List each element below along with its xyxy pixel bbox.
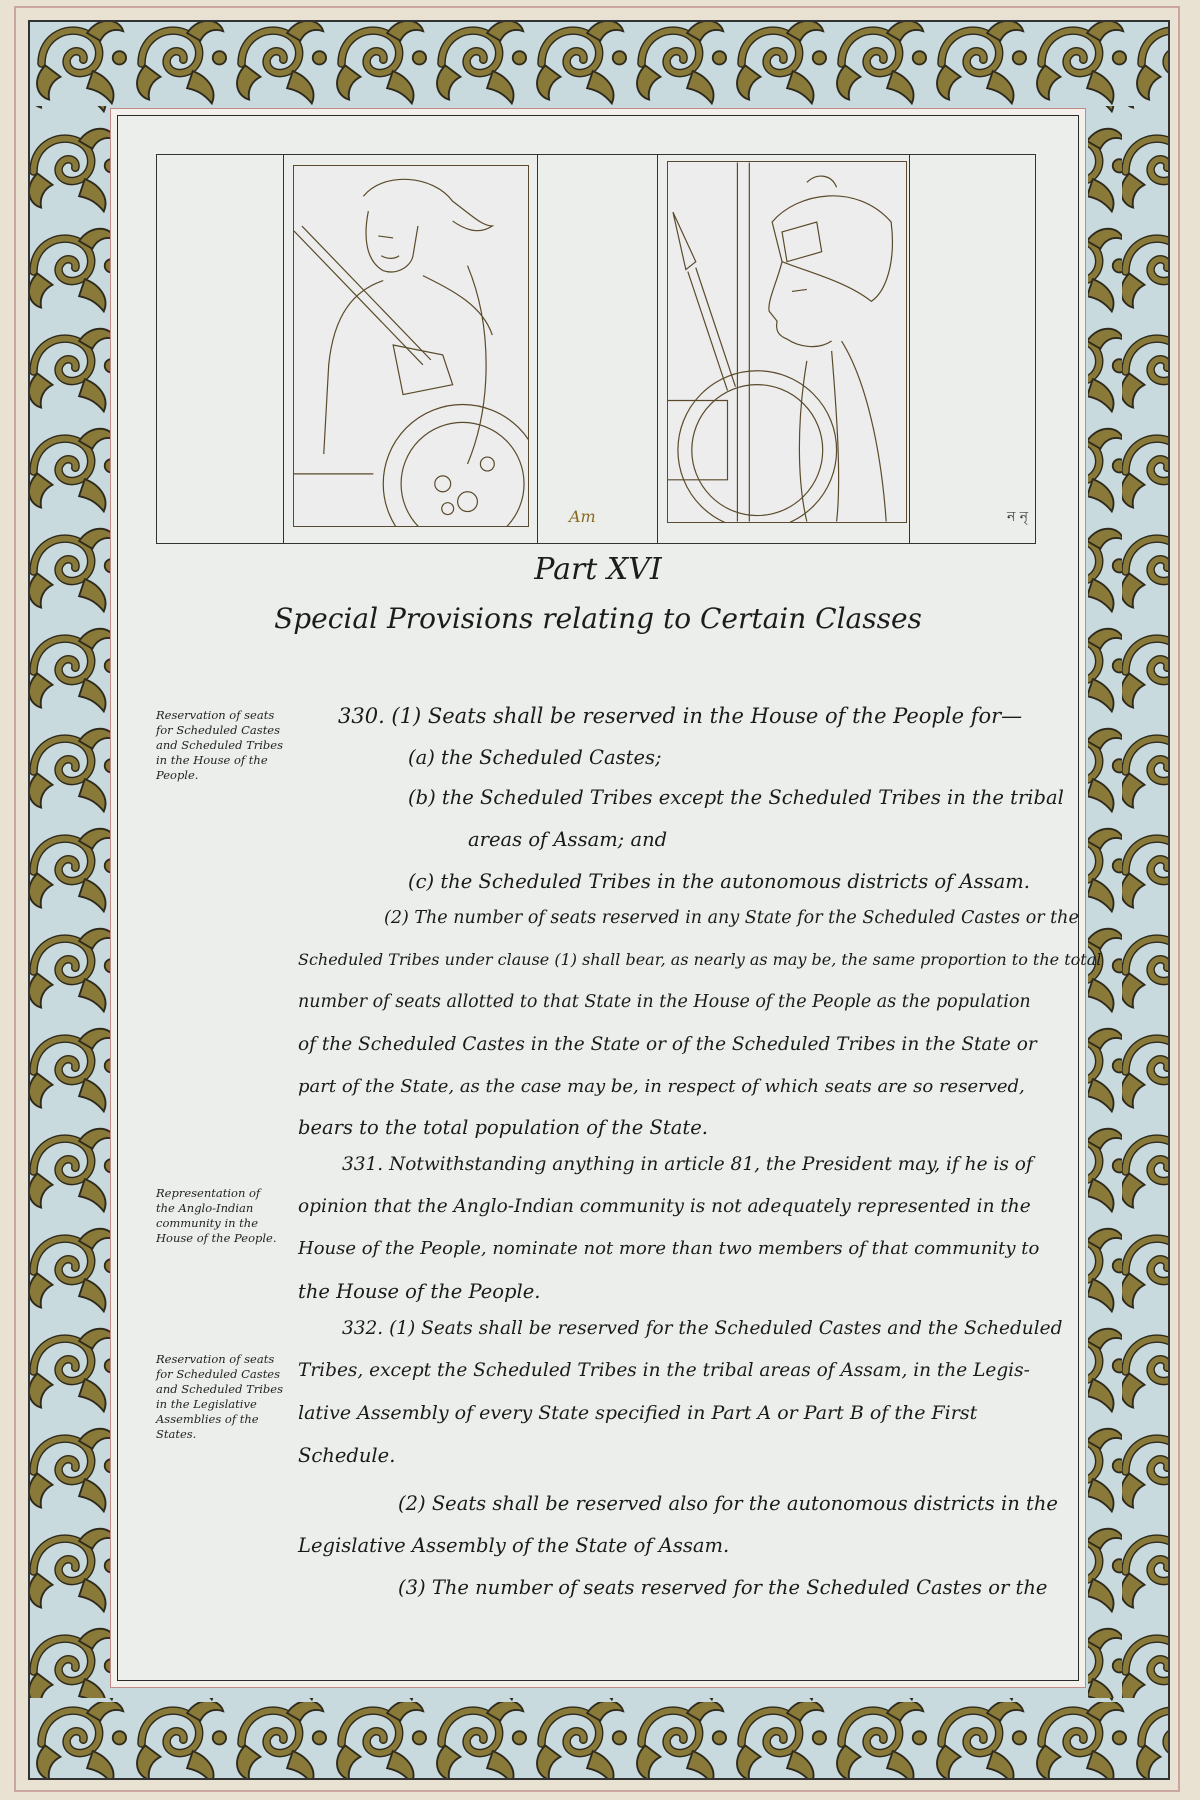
- warrior-queen-icon: [294, 166, 528, 526]
- body-line: opinion that the Anglo-Indian community …: [298, 1196, 1031, 1217]
- margin-note-line: for Scheduled Castes: [156, 1367, 286, 1382]
- body-line: the House of the People.: [298, 1280, 540, 1303]
- part-heading: Part XVI: [118, 552, 1078, 587]
- body-line: Schedule.: [298, 1444, 395, 1467]
- panel-divider: [537, 155, 538, 543]
- right-portrait-ruler: [667, 161, 907, 523]
- margin-note-article-331: Representation of the Anglo-Indian commu…: [156, 1186, 286, 1246]
- panel-divider: [657, 155, 658, 543]
- text-frame: Am ন নৃ Part XVI Special Provisions rela…: [110, 108, 1086, 1688]
- article-332-clause-3: (3) The number of seats reserved for the…: [398, 1576, 1047, 1599]
- body-line: Legislative Assembly of the State of Ass…: [298, 1534, 729, 1557]
- margin-note-line: community in the: [156, 1216, 286, 1231]
- article-332-clause-2: (2) Seats shall be reserved also for the…: [398, 1492, 1058, 1515]
- article-330-clause-2: (2) The number of seats reserved in any …: [384, 908, 1079, 928]
- body-line: Tribes, except the Scheduled Tribes in t…: [298, 1360, 1030, 1381]
- margin-note-line: Assemblies of the: [156, 1412, 286, 1427]
- artist-signature-left: Am: [569, 507, 596, 526]
- article-330-item-b: (b) the Scheduled Tribes except the Sche…: [408, 786, 1064, 809]
- body-line: part of the State, as the case may be, i…: [298, 1076, 1025, 1097]
- body-line: bears to the total population of the Sta…: [298, 1116, 708, 1139]
- body-line: lative Assembly of every State specified…: [298, 1402, 977, 1424]
- margin-note-line: in the House of the: [156, 753, 286, 768]
- article-330-clause-1: 330. (1) Seats shall be reserved in the …: [338, 704, 1022, 728]
- margin-note-article-330: Reservation of seats for Scheduled Caste…: [156, 708, 286, 783]
- body-line: House of the People, nominate not more t…: [298, 1238, 1039, 1259]
- body-line: number of seats allotted to that State i…: [298, 992, 1031, 1012]
- illustration-panel: Am ন নৃ: [156, 154, 1036, 544]
- artist-signature-right: ন নৃ: [1007, 505, 1028, 529]
- article-330-item-a: (a) the Scheduled Castes;: [408, 746, 662, 769]
- margin-note-line: States.: [156, 1427, 286, 1442]
- article-331: 331. Notwithstanding anything in article…: [342, 1154, 1033, 1175]
- margin-note-line: Reservation of seats: [156, 708, 286, 723]
- part-subtitle: Special Provisions relating to Certain C…: [118, 602, 1078, 635]
- margin-note-article-332: Reservation of seats for Scheduled Caste…: [156, 1352, 286, 1442]
- ruler-with-turban-icon: [668, 162, 906, 522]
- text-sheet: Am ন নৃ Part XVI Special Provisions rela…: [117, 115, 1079, 1681]
- margin-note-line: House of the People.: [156, 1231, 286, 1246]
- article-332-clause-1: 332. (1) Seats shall be reserved for the…: [342, 1318, 1062, 1339]
- body-line: of the Scheduled Castes in the State or …: [298, 1034, 1037, 1055]
- article-330-item-b-cont: areas of Assam; and: [468, 828, 667, 851]
- margin-note-line: Reservation of seats: [156, 1352, 286, 1367]
- margin-note-line: and Scheduled Tribes: [156, 738, 286, 753]
- panel-divider: [283, 155, 284, 543]
- body-line: Scheduled Tribes under clause (1) shall …: [298, 950, 1101, 969]
- margin-note-line: the Anglo-Indian: [156, 1201, 286, 1216]
- article-330-item-c: (c) the Scheduled Tribes in the autonomo…: [408, 870, 1030, 893]
- panel-divider: [909, 155, 910, 543]
- margin-note-line: and Scheduled Tribes: [156, 1382, 286, 1397]
- margin-note-line: Representation of: [156, 1186, 286, 1201]
- margin-note-line: for Scheduled Castes: [156, 723, 286, 738]
- left-portrait-warrior-queen: [293, 165, 529, 527]
- margin-note-line: People.: [156, 768, 286, 783]
- manuscript-page: Am ন নৃ Part XVI Special Provisions rela…: [0, 0, 1200, 1800]
- margin-note-line: in the Legislative: [156, 1397, 286, 1412]
